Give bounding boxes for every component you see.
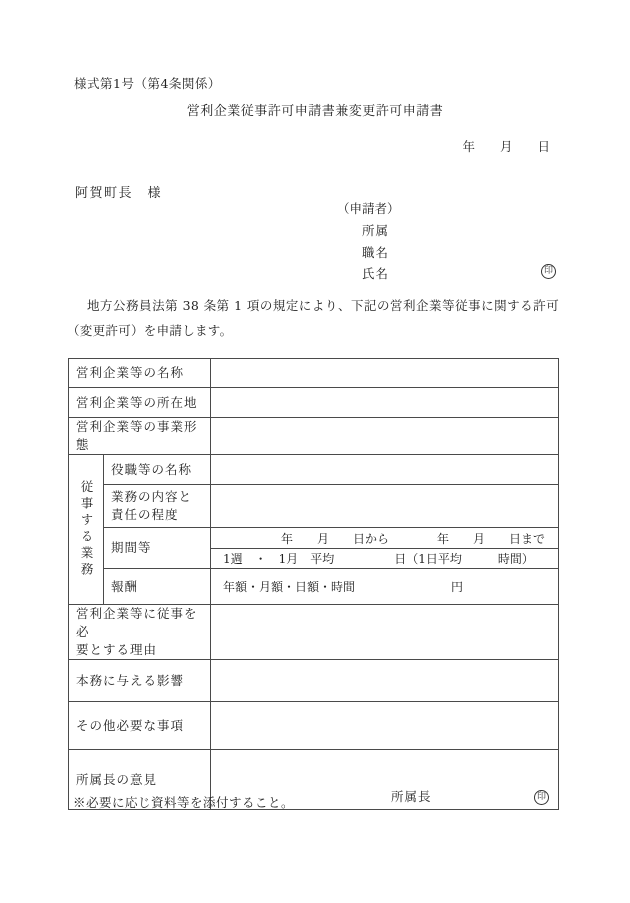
date-line: 年 月 日 — [462, 137, 550, 155]
application-table: 営利企業等の名称 営利企業等の所在地 営利企業等の事業形態 従事する業務 役職等… — [68, 358, 559, 810]
page-title: 営利企業従事許可申請書兼変更許可申請書 — [0, 100, 630, 119]
period-label: 期間等 — [104, 528, 211, 569]
field-enterprise-name[interactable] — [211, 359, 559, 388]
attachment-note: ※必要に応じ資料等を添付すること。 — [73, 793, 294, 811]
field-period-average[interactable]: 1週 ・ 1月 平均 日（1日平均 時間） — [211, 549, 559, 569]
field-other-matters[interactable] — [211, 702, 559, 750]
field-remuneration[interactable]: 年額・月額・日額・時間 円 — [211, 569, 559, 605]
enterprise-business-form-label: 営利企業等の事業形態 — [69, 418, 211, 455]
enterprise-location-label: 営利企業等の所在地 — [69, 388, 211, 418]
supervisor-seal-text: 印 — [537, 793, 546, 802]
work-content-label: 業務の内容と 責任の程度 — [104, 485, 211, 528]
field-main-duty-effect[interactable] — [211, 660, 559, 702]
other-matters-label: その他必要な事項 — [69, 702, 211, 750]
form-page: 様式第1号（第4条関係） 営利企業従事許可申請書兼変更許可申請書 年 月 日 阿… — [0, 0, 630, 903]
addressee: 阿賀町長 様 — [75, 182, 162, 201]
field-reason[interactable] — [211, 605, 559, 660]
field-enterprise-business-form[interactable] — [211, 418, 559, 455]
main-duty-effect-label: 本務に与える影響 — [69, 660, 211, 702]
position-name-label: 役職等の名称 — [104, 455, 211, 485]
form-number: 様式第1号（第4条関係） — [74, 74, 221, 92]
field-position-name[interactable] — [211, 455, 559, 485]
applicant-heading: （申請者） — [337, 199, 400, 217]
body-paragraph: 地方公務員法第 38 条第 1 項の規定により、下記の営利企業等従事に関する許可… — [67, 293, 559, 343]
supervisor-seal-icon: 印 — [534, 790, 549, 805]
applicant-name-label: 氏名 — [362, 264, 389, 282]
applicant-affiliation-label: 所属 — [362, 221, 389, 239]
enterprise-name-label: 営利企業等の名称 — [69, 359, 211, 388]
supervisor-label: 所属長 — [391, 787, 432, 805]
field-work-content[interactable] — [211, 485, 559, 528]
field-enterprise-location[interactable] — [211, 388, 559, 418]
engaged-work-vertical-label: 従事する業務 — [69, 455, 104, 605]
reason-label: 営利企業等に従事を必 要とする理由 — [69, 605, 211, 660]
applicant-seal-icon: 印 — [541, 264, 556, 279]
remuneration-label: 報酬 — [104, 569, 211, 605]
applicant-seal-text: 印 — [544, 267, 553, 276]
applicant-job-title-label: 職名 — [362, 243, 389, 261]
field-period-from-to[interactable]: 年 月 日から 年 月 日まで — [211, 528, 559, 549]
